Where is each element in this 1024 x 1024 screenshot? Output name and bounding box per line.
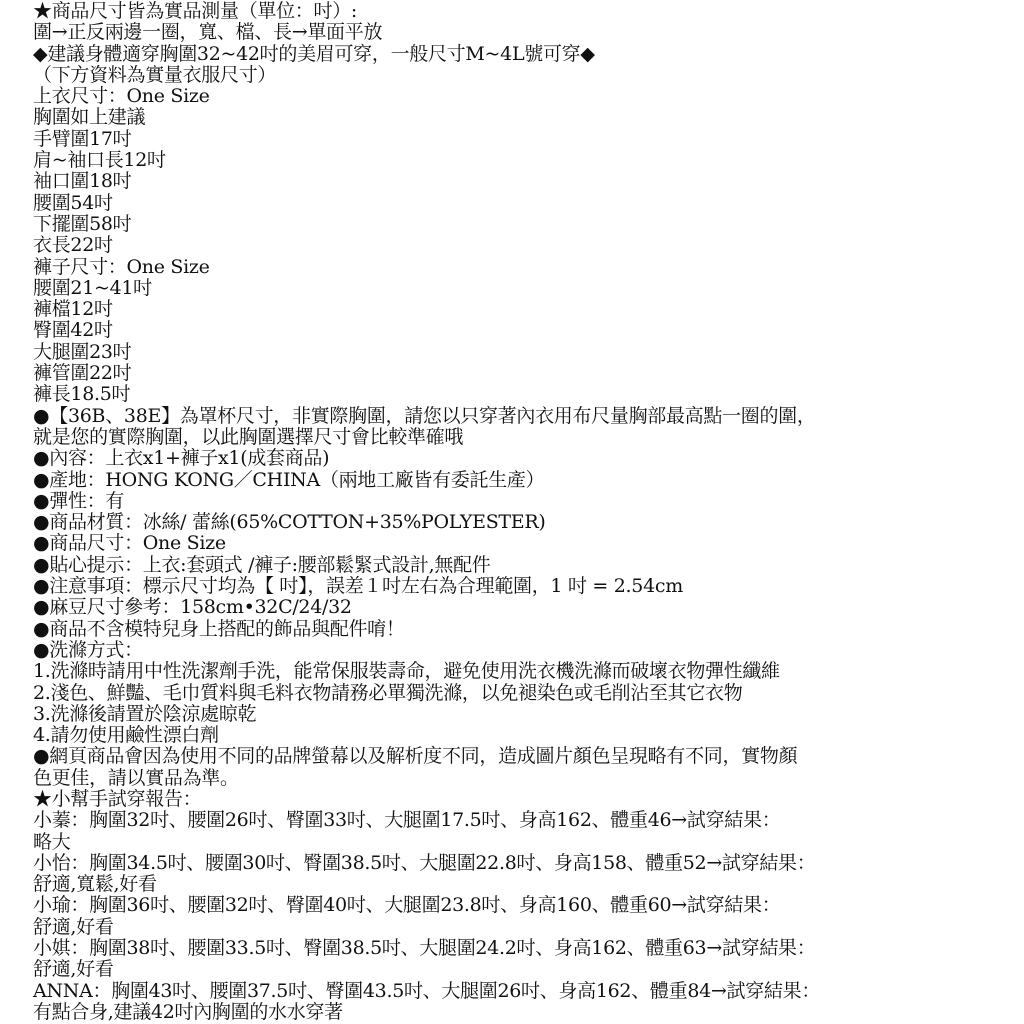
notice-info: ●注意事項：標示尺寸均為【 吋】，誤差１吋左右為合理範圍，1 吋 = 2.54c… [33,576,1018,597]
data-note: （下方資料為實量衣服尺寸） [33,65,1018,86]
top-size-item: 下擺圍58吋 [33,214,1018,235]
tester-measurements: ANNA：胸圍43吋、腰圍37.5吋、臀圍43.5吋、大腿圍26吋、身高162、… [33,981,1018,1002]
wash-steps-section: 1.洗滌時請用中性洗潔劑手洗，能常保服裝壽命，避免使用洗衣機洗滌而破壞衣物彈性纖… [33,661,1018,746]
product-info-section: ●【36B、38E】為罩杯尺寸，非實際胸圍，請您以只穿著內衣用布尺量胸部最高點一… [33,406,1018,662]
pants-size-item: 褲管圍22吋 [33,363,1018,384]
top-size-item: 手臂圍17吋 [33,129,1018,150]
measurement-note: ★商品尺寸皆為實品測量（單位：吋）: [33,1,1018,22]
size-info: ●商品尺寸：One Size [33,533,1018,554]
tester-entry: 小怡：胸圍34.5吋、腰圍30吋、臀圍38.5吋、大腿圍22.8吋、身高158、… [33,853,1018,896]
measure-method: 圍→正反兩邊一圈，寬、檔、長→單面平放 [33,22,1018,43]
pants-size-item: 褲長18.5吋 [33,384,1018,405]
cup-size-note: ●【36B、38E】為罩杯尺寸，非實際胸圍，請您以只穿著內衣用布尺量胸部最高點一… [33,406,1018,427]
accessories-note: ●商品不含模特兒身上搭配的飾品與配件唷！ [33,619,1018,640]
fitting-report-section: ★小幫手試穿報告： 小蓁：胸圍32吋、腰圍26吋、臀圍33吋、大腿圍17.5吋、… [33,789,1018,1023]
tester-measurements: 小怡：胸圍34.5吋、腰圍30吋、臀圍38.5吋、大腿圍22.8吋、身高158、… [33,853,1018,874]
pants-size-item: 腰圍21~41吋 [33,278,1018,299]
size-recommendation: ◆建議身體適穿胸圍32~42吋的美眉可穿，一般尺寸M~4L號可穿◆ [33,44,1018,65]
top-size-item: 胸圍如上建議 [33,107,1018,128]
color-note-continued: 色更佳，請以實品為準。 [33,768,1018,789]
fitting-report-heading: ★小幫手試穿報告： [33,789,1018,810]
wash-step: 4.請勿使用鹼性漂白劑 [33,725,1018,746]
top-size-item: 衣長22吋 [33,235,1018,256]
tester-entry: 小瑜：胸圍36吋、腰圍32吋、臀圍40吋、大腿圍23.8吋、身高160、體重60… [33,895,1018,938]
tester-measurements: 小瑜：胸圍36吋、腰圍32吋、臀圍40吋、大腿圍23.8吋、身高160、體重60… [33,895,1018,916]
tester-measurements: 小蓁：胸圍32吋、腰圍26吋、臀圍33吋、大腿圍17.5吋、身高162、體重46… [33,810,1018,831]
elasticity-info: ●彈性：有 [33,491,1018,512]
wash-step: 3.洗滌後請置於陰涼處晾乾 [33,704,1018,725]
origin-info: ●產地：HONG KONG／CHINA（兩地工廠皆有委託生產） [33,470,1018,491]
tester-result: 略大 [33,832,1018,853]
top-size-heading: 上衣尺寸：One Size [33,86,1018,107]
wash-step: 1.洗滌時請用中性洗潔劑手洗，能常保服裝壽命，避免使用洗衣機洗滌而破壞衣物彈性纖… [33,661,1018,682]
tester-result: 有點合身,建議42吋內胸圍的水水穿著 [33,1002,1018,1023]
wash-heading: ●洗滌方式： [33,640,1018,661]
tester-measurements: 小娸：胸圍38吋、腰圍33.5吋、臀圍38.5吋、大腿圍24.2吋、身高162、… [33,938,1018,959]
tips-info: ●貼心提示：上衣:套頭式 /褲子:腰部鬆緊式設計,無配件 [33,555,1018,576]
wash-step: 2.淺色、鮮豔、毛巾質料與毛料衣物請務必單獨洗滌，以免褪染色或毛削沾至其它衣物 [33,683,1018,704]
tester-entry: 小娸：胸圍38吋、腰圍33.5吋、臀圍38.5吋、大腿圍24.2吋、身高162、… [33,938,1018,981]
pants-size-item: 大腿圍23吋 [33,342,1018,363]
top-size-item: 袖口圍18吋 [33,171,1018,192]
tester-entry: 小蓁：胸圍32吋、腰圍26吋、臀圍33吋、大腿圍17.5吋、身高162、體重46… [33,810,1018,853]
top-size-item: 肩~袖口長12吋 [33,150,1018,171]
top-size-item: 腰圍54吋 [33,193,1018,214]
model-size-info: ●麻豆尺寸參考：158cm•32C/24/32 [33,597,1018,618]
top-size-section: 上衣尺寸：One Size 胸圍如上建議 手臂圍17吋 肩~袖口長12吋 袖口圍… [33,86,1018,256]
contents-info: ●內容：上衣x1+褲子x1(成套商品) [33,448,1018,469]
cup-size-note-continued: 就是您的實際胸圍，以此胸圍選擇尺寸會比較準確哦 [33,427,1018,448]
pants-size-heading: 褲子尺寸：One Size [33,257,1018,278]
color-note: ●網頁商品會因為使用不同的品牌螢幕以及解析度不同，造成圖片顏色呈現略有不同，實物… [33,746,1018,767]
pants-size-item: 臀圍42吋 [33,320,1018,341]
tester-result: 舒適,寬鬆,好看 [33,874,1018,895]
tester-entry: ANNA：胸圍43吋、腰圍37.5吋、臀圍43.5吋、大腿圍26吋、身高162、… [33,981,1018,1024]
pants-size-section: 褲子尺寸：One Size 腰圍21~41吋 褲檔12吋 臀圍42吋 大腿圍23… [33,257,1018,406]
product-size-document: ★商品尺寸皆為實品測量（單位：吋）: 圍→正反兩邊一圈，寬、檔、長→單面平放 ◆… [33,1,1018,1023]
intro-section: ★商品尺寸皆為實品測量（單位：吋）: 圍→正反兩邊一圈，寬、檔、長→單面平放 ◆… [33,1,1018,86]
tester-result: 舒適,好看 [33,959,1018,980]
pants-size-item: 褲檔12吋 [33,299,1018,320]
material-info: ●商品材質：冰絲/ 蕾絲(65%COTTON+35%POLYESTER) [33,512,1018,533]
color-note-section: ●網頁商品會因為使用不同的品牌螢幕以及解析度不同，造成圖片顏色呈現略有不同，實物… [33,746,1018,789]
tester-result: 舒適,好看 [33,917,1018,938]
